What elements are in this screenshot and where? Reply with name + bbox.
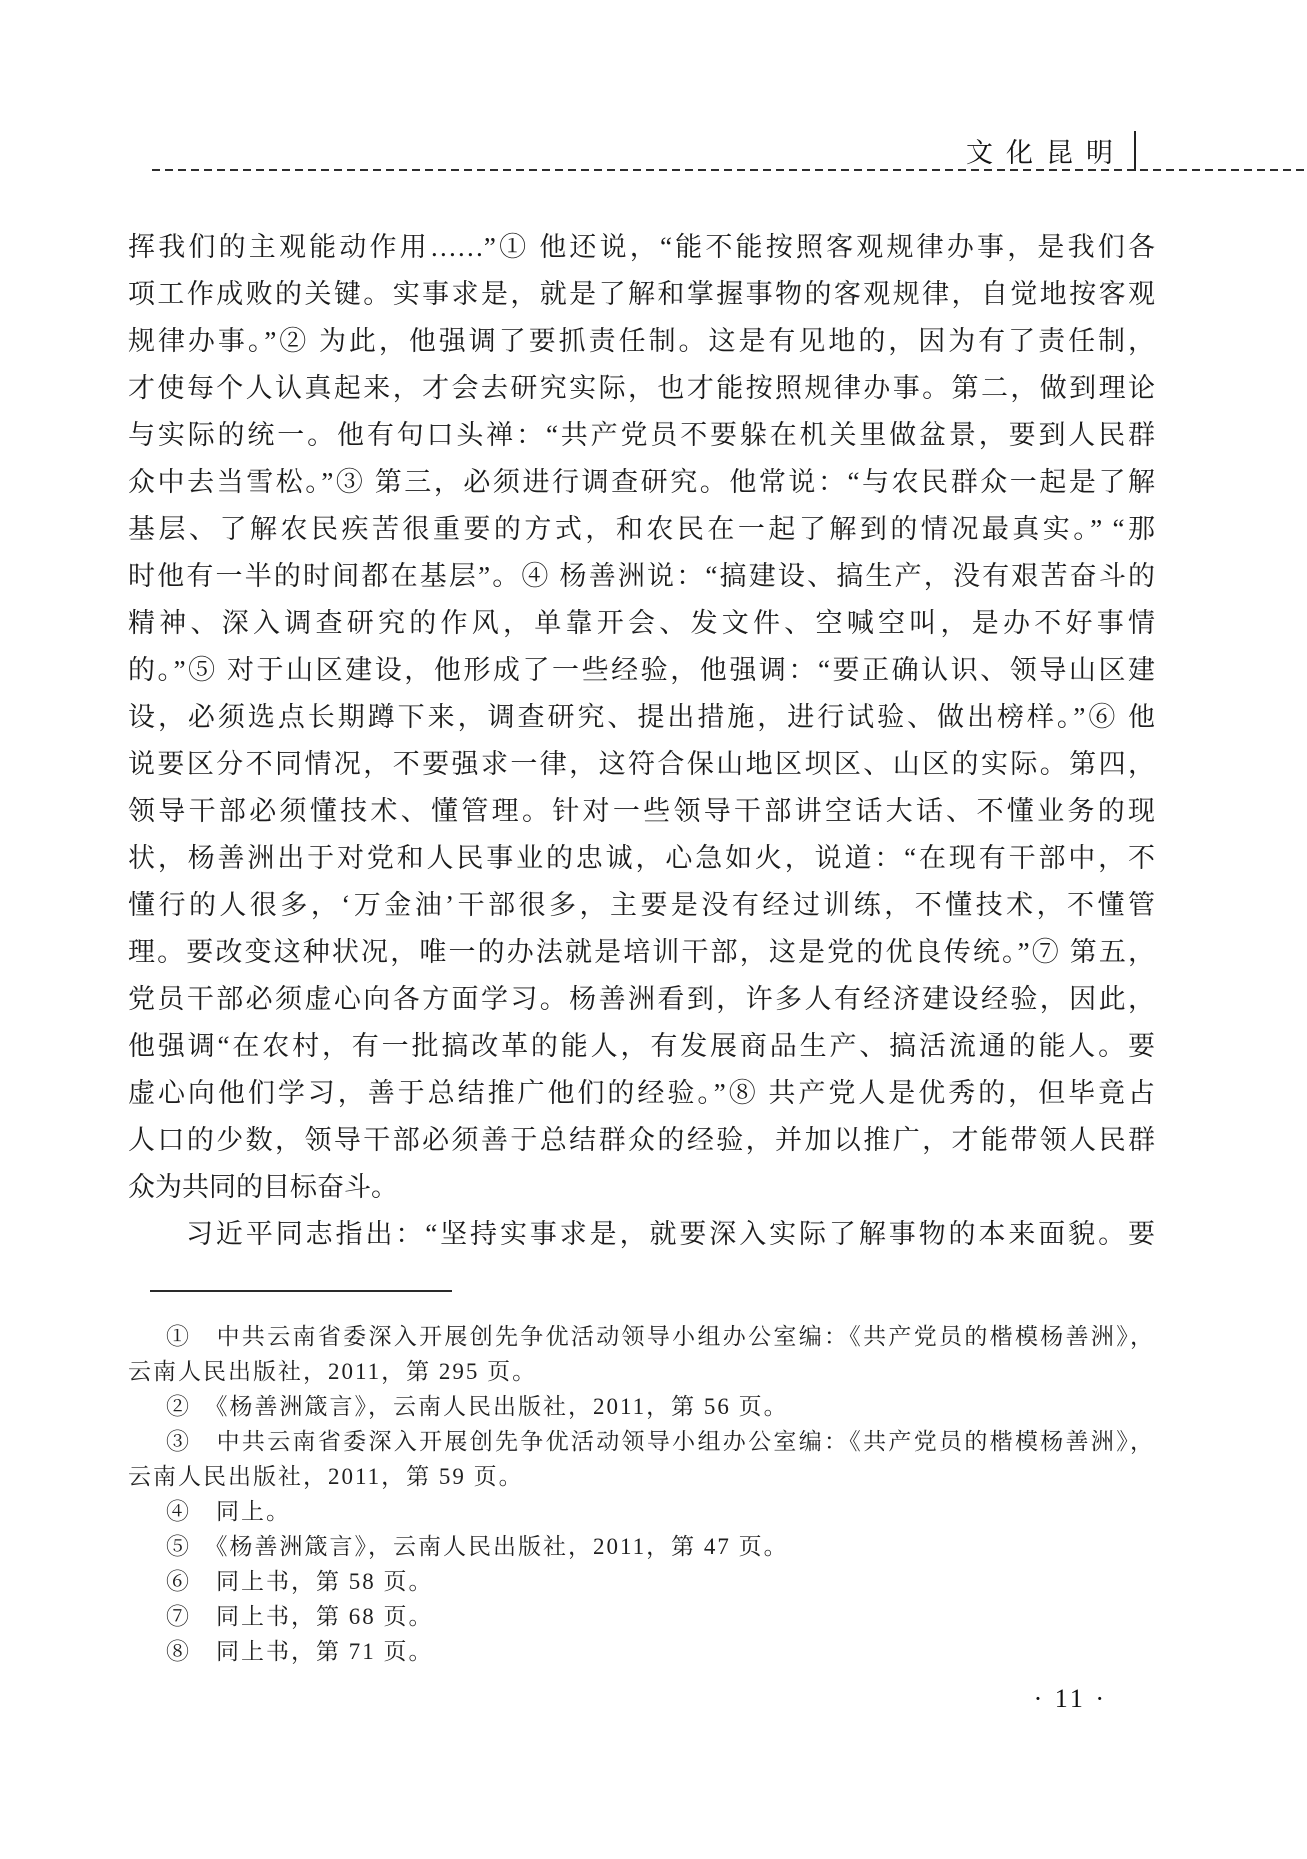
body-text: 挥我们的主观能动作用……”① 他还说，“能不能按照客观规律办事，是我们各 项工作…	[128, 224, 1155, 1258]
body-line: 说要区分不同情况，不要强求一律，这符合保山地区坝区、山区的实际。第四，	[128, 741, 1155, 788]
body-line: 规律办事。”② 为此，他强调了要抓责任制。这是有见地的，因为有了责任制，	[128, 318, 1155, 365]
footnote-line: ② 《杨善洲箴言》，云南人民出版社，2011，第 56 页。	[128, 1389, 1155, 1424]
footnote-line: 云南人民出版社，2011，第 295 页。	[128, 1354, 1155, 1389]
body-line: 挥我们的主观能动作用……”① 他还说，“能不能按照客观规律办事，是我们各	[128, 224, 1155, 271]
body-line: 理。要改变这种状况，唯一的办法就是培训干部，这是党的优良传统。”⑦ 第五，	[128, 929, 1155, 976]
page-header-title: 文化昆明	[966, 131, 1126, 170]
header-vertical-bar	[1134, 131, 1136, 171]
body-line-paragraph-end: 众为共同的目标奋斗。	[128, 1164, 1155, 1211]
footnote-line: ③ 中共云南省委深入开展创先争优活动领导小组办公室编：《共产党员的楷模杨善洲》，	[128, 1424, 1155, 1459]
body-line: 领导干部必须懂技术、懂管理。针对一些领导干部讲空话大话、不懂业务的现	[128, 788, 1155, 835]
footnote-line: ⑧ 同上书，第 71 页。	[128, 1634, 1155, 1669]
body-line: 时他有一半的时间都在基层”。④ 杨善洲说：“搞建设、搞生产，没有艰苦奋斗的	[128, 553, 1155, 600]
footnote-line: ① 中共云南省委深入开展创先争优活动领导小组办公室编：《共产党员的楷模杨善洲》，	[128, 1319, 1155, 1354]
body-line: 他强调“在农村，有一批搞改革的能人，有发展商品生产、搞活流通的能人。要	[128, 1023, 1155, 1070]
body-line: 基层、了解农民疾苦很重要的方式，和农民在一起了解到的情况最真实。” “那	[128, 506, 1155, 553]
footnote-line: 云南人民出版社，2011，第 59 页。	[128, 1459, 1155, 1494]
body-line: 党员干部必须虚心向各方面学习。杨善洲看到，许多人有经济建设经验，因此，	[128, 976, 1155, 1023]
body-line: 才使每个人认真起来，才会去研究实际，也才能按照规律办事。第二，做到理论	[128, 365, 1155, 412]
header-dashed-rule	[152, 169, 1307, 171]
footnotes: ① 中共云南省委深入开展创先争优活动领导小组办公室编：《共产党员的楷模杨善洲》，…	[128, 1319, 1155, 1669]
body-line: 精神、深入调查研究的作风，单靠开会、发文件、空喊空叫，是办不好事情	[128, 600, 1155, 647]
body-line: 的。”⑤ 对于山区建设，他形成了一些经验，他强调：“要正确认识、领导山区建	[128, 647, 1155, 694]
footnote-line: ⑤ 《杨善洲箴言》，云南人民出版社，2011，第 47 页。	[128, 1529, 1155, 1564]
body-line-new-paragraph: 习近平同志指出：“坚持实事求是，就要深入实际了解事物的本来面貌。要	[128, 1211, 1155, 1258]
body-line: 虚心向他们学习，善于总结推广他们的经验。”⑧ 共产党人是优秀的，但毕竟占	[128, 1070, 1155, 1117]
footnote-line: ⑥ 同上书，第 58 页。	[128, 1564, 1155, 1599]
body-line: 人口的少数，领导干部必须善于总结群众的经验，并加以推广，才能带领人民群	[128, 1117, 1155, 1164]
body-line: 众中去当雪松。”③ 第三，必须进行调查研究。他常说：“与农民群众一起是了解	[128, 459, 1155, 506]
footnote-line: ④ 同上。	[128, 1494, 1155, 1529]
footnote-separator-rule	[150, 1290, 452, 1292]
body-line: 与实际的统一。他有句口头禅：“共产党员不要躲在机关里做盆景，要到人民群	[128, 412, 1155, 459]
body-line: 设，必须选点长期蹲下来，调查研究、提出措施，进行试验、做出榜样。”⑥ 他	[128, 694, 1155, 741]
footnote-line: ⑦ 同上书，第 68 页。	[128, 1599, 1155, 1634]
body-line: 懂行的人很多，‘万金油’干部很多，主要是没有经过训练，不懂技术，不懂管	[128, 882, 1155, 929]
book-page: 文化昆明 挥我们的主观能动作用……”① 他还说，“能不能按照客观规律办事，是我们…	[0, 0, 1307, 1859]
page-number: · 11 ·	[1034, 1684, 1107, 1714]
body-line: 状，杨善洲出于对党和人民事业的忠诚，心急如火，说道：“在现有干部中，不	[128, 835, 1155, 882]
body-line: 项工作成败的关键。实事求是，就是了解和掌握事物的客观规律，自觉地按客观	[128, 271, 1155, 318]
